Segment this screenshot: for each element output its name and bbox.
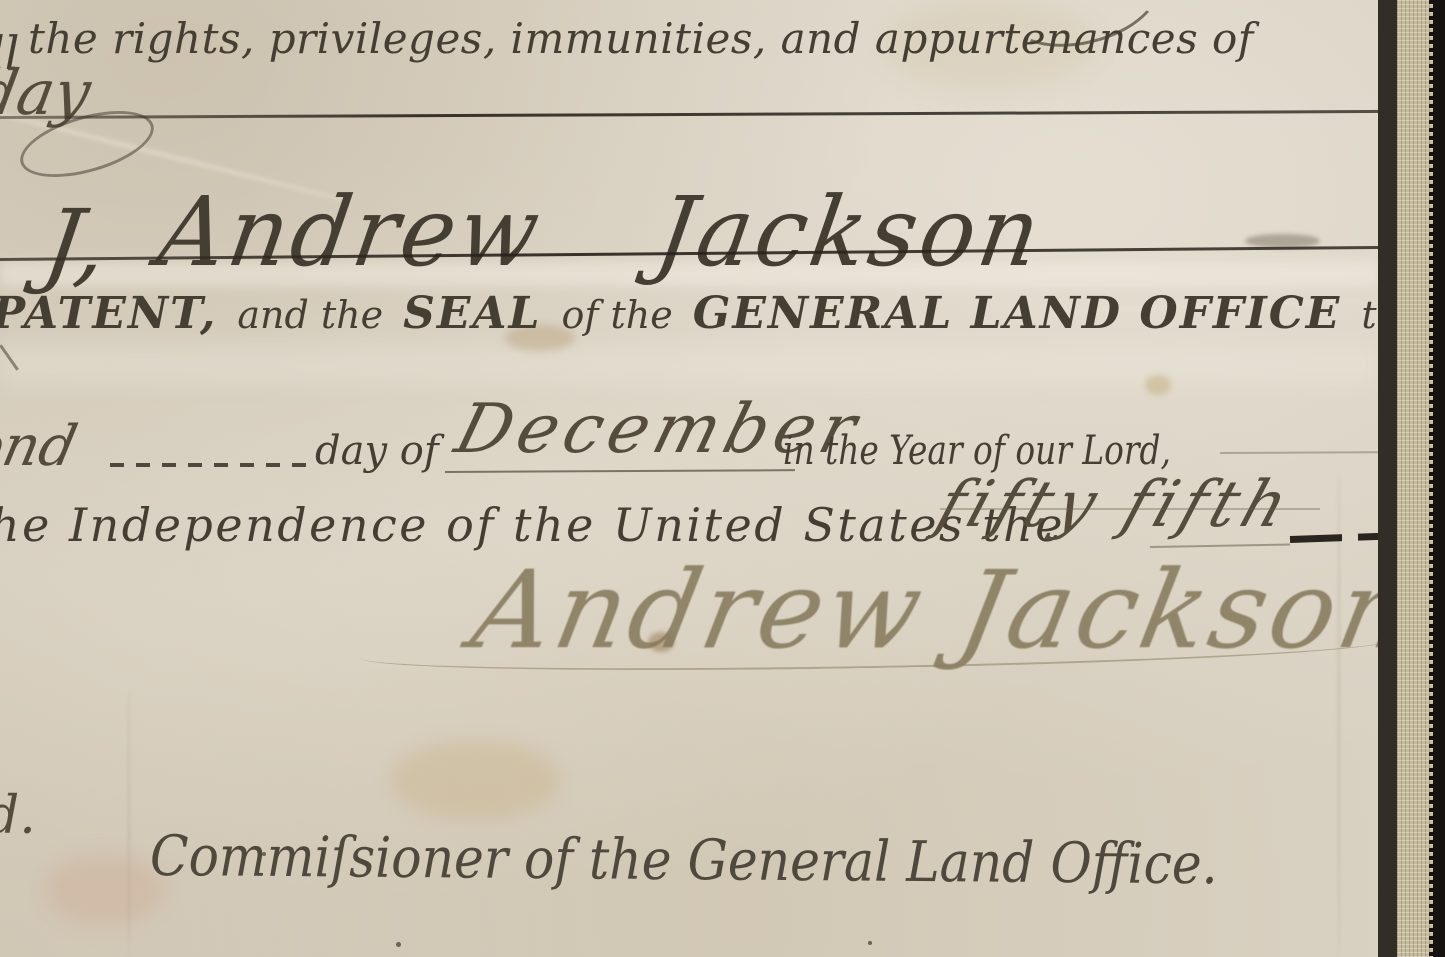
stain-pink-bottom-left [45, 855, 165, 925]
words-of-the: of the [562, 293, 673, 337]
stain-yellow-bottom [390, 740, 560, 820]
engraved-independence: he Independence of the United States the [0, 498, 1065, 552]
parchment: ll the rights, privileges, immunities, a… [0, 0, 1378, 957]
word-seal: SEAL [403, 288, 541, 339]
blank-dashes [110, 463, 315, 467]
fold-crease-horizontal-2 [0, 345, 1378, 385]
patent-seal-line: PATENT, and the SEAL of the GENERAL LAND… [0, 288, 1445, 339]
engraved-day-of: day of [315, 428, 439, 474]
ink-speck-3 [868, 941, 872, 945]
ruled-line-1 [0, 110, 1392, 119]
closing-left-fragment: d. [0, 786, 36, 846]
frame-inner-strip [1378, 0, 1397, 957]
framed-land-patent-photo: ll the rights, privileges, immunities, a… [0, 0, 1445, 957]
written-fifty-fifth: fifty fifth [928, 468, 1303, 542]
ruled-line-ordinal-faint [940, 508, 1320, 510]
ruled-line-month [445, 469, 795, 473]
words-general-land-office: GENERAL LAND OFFICE [693, 288, 1342, 339]
grantee-name: Andrew Jackson [151, 176, 1051, 288]
frame-fabric-mat [1397, 0, 1433, 957]
top-line-text: the rights, privileges, immunities, and … [28, 14, 1254, 63]
ink-speck-1 [396, 942, 401, 947]
ruled-line-month-continuation [1220, 451, 1400, 453]
crease-vertical-right [1338, 470, 1340, 957]
word-patent: PATENT, [0, 288, 217, 339]
commissioner-title: Commiſsioner of the General Land Office. [150, 824, 1218, 897]
frame-outer-black [1433, 0, 1445, 957]
words-and-the: and the [237, 293, 383, 337]
written-ond-fragment: ond [0, 414, 83, 479]
stain-spot-right [1145, 375, 1171, 395]
